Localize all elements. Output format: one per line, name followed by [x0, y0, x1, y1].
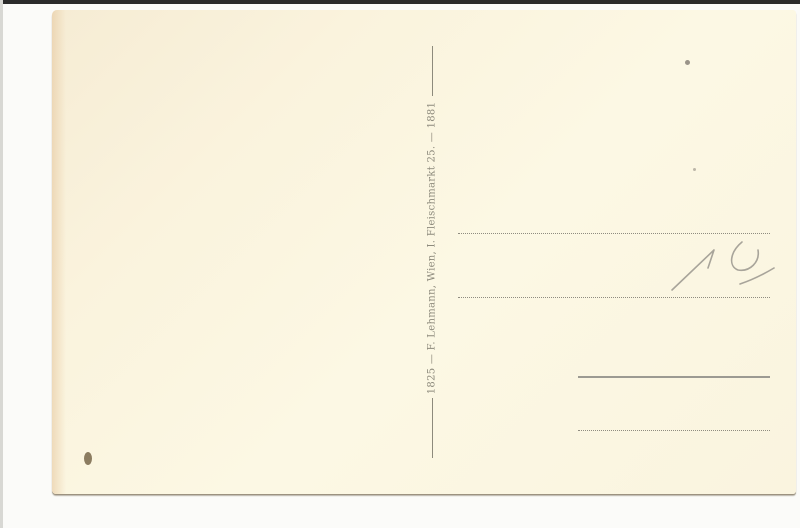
stain-spot: [84, 452, 92, 465]
center-divider-bottom: [432, 398, 433, 458]
scan-left-edge: [0, 0, 3, 528]
center-divider-top: [432, 46, 433, 96]
stain-spot: [693, 168, 696, 171]
address-line-3: [578, 376, 770, 378]
scan-bottom-margin: [0, 508, 800, 528]
address-line-4: [578, 430, 770, 431]
publisher-imprint: 1825 — F. Lehmann, Wien, I. Fleischmarkt…: [427, 102, 438, 394]
pencil-annotation: [664, 228, 784, 298]
scan-top-edge: [0, 0, 800, 4]
stain-spot: [685, 60, 690, 65]
